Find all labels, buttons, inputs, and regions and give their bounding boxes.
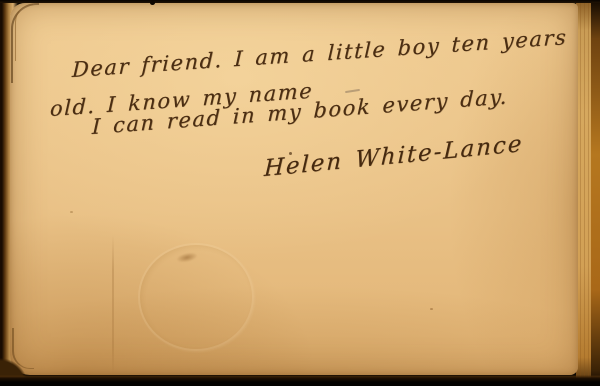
photo-border-bottom xyxy=(0,375,600,386)
pencil-mark xyxy=(345,89,360,93)
handwritten-line-1: Dear friend. I am a little boy ten years xyxy=(72,25,568,82)
page-edge-curve xyxy=(11,3,39,83)
border-speck xyxy=(150,1,155,5)
paper-crease xyxy=(112,235,114,375)
album-page-photo: Dear friend. I am a little boy ten years… xyxy=(0,0,600,386)
page-edge-curve xyxy=(15,4,33,61)
book-cover-right-edge xyxy=(591,0,600,386)
signature: Helen White-Lance xyxy=(263,131,523,182)
paper-speck xyxy=(430,308,433,310)
paper-page: Dear friend. I am a little boy ten years… xyxy=(10,3,578,375)
embossed-stain xyxy=(138,243,254,351)
paper-speck xyxy=(70,211,73,213)
photo-border-top xyxy=(0,0,600,3)
